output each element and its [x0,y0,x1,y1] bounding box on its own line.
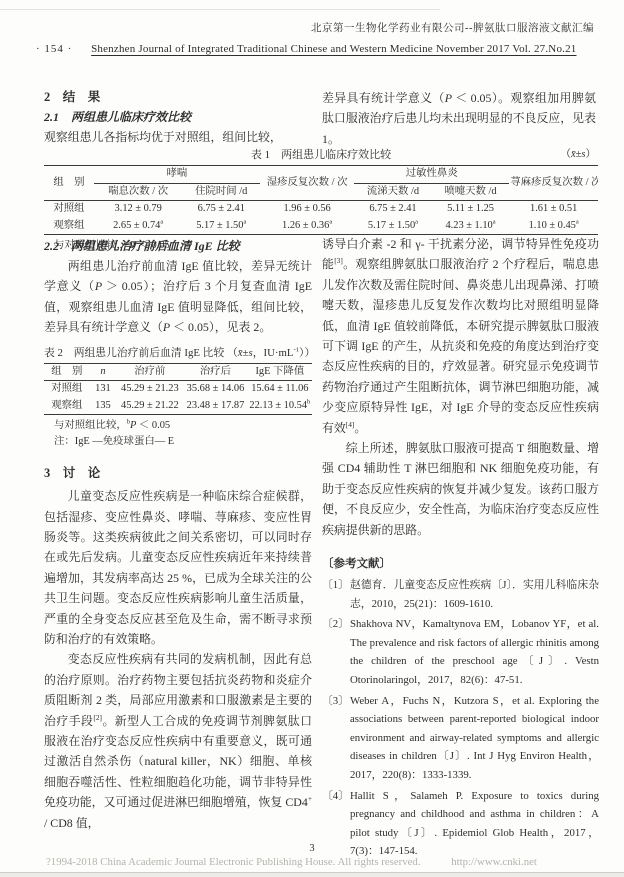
section-2-2-heading: 2.2 两组患儿治疗前后血清 IgE 比较 [44,237,312,254]
discussion-paragraph-2: 变态反应性疾病有共同的发病机制，因此有总的治疗原则。治疗药物主要包括抗炎药物和炎… [44,649,312,833]
table-cell: 4.23 ± 1.10a [432,218,510,235]
reference-number: 〔3〕 [322,692,350,785]
table-cell: 1.96 ± 0.56 [260,201,354,218]
table-cell: 6.75 ± 2.41 [354,201,432,218]
reference-item: 〔3〕Weber A，Fuchs N，Kutzora S，et al. Expl… [322,692,599,785]
table2-stat-note: （x̄±s，IU·mL-1）） [227,347,315,359]
reference-text: Shakhova NV，Kamaltynova EM，Lobanov YF，et… [350,615,599,689]
table-row: 对照组13145.29 ± 21.2335.68 ± 14.0615.64 ± … [44,381,312,398]
table-cell: 23.48 ± 17.87 [183,398,247,415]
table2-col-n: n [90,363,117,381]
journal-page: 北京第一生物化学药业有限公司--脾氨肽口服溶液文献汇编 · 154 · Shen… [0,0,624,877]
table1-col-runny-days: 流涕天数 /d [354,183,432,201]
table-cell: 观察组 [44,218,94,235]
table1-header: 组 别 哮喘 湿疹反复次数 / 次 过敏性鼻炎 荨麻疹反复次数 / 次 喘息次数… [44,166,598,201]
table2-col-ige-drop: IgE 下降值 [248,363,312,381]
page-marker: · 154 · [36,43,72,55]
table1-col-sneeze-days: 喷嚏天数 /d [432,183,510,201]
references-list: 〔1〕赵德育．儿童变态反应性疾病〔J〕．实用儿科临床杂志，2010，25(21)… [322,576,599,861]
table-cell: 6.75 ± 2.41 [182,201,260,218]
section-2-heading: 2 结 果 [44,88,312,108]
table1-caption-text: 表 1 两组患儿临床疗效比较 [251,149,391,161]
table1-caption: 表 1 两组患儿临床疗效比较 （x̄±s） [44,146,598,162]
table-cell: 1.10 ± 0.45a [509,218,598,235]
compilation-header: 北京第一生物化学药业有限公司--脾氨肽口服溶液文献汇编 [0,20,594,35]
table2-footnote-1: 与对照组比较，bP ＜ 0.05 [44,418,312,434]
journal-header: · 154 · Shenzhen Journal of Integrated T… [36,43,598,55]
right-column: 诱导白介素 -2 和 γ- 干扰素分泌，调节特异性免疫功能[3]。观察组脾氨肽口… [322,234,599,863]
reference-text: Weber A，Fuchs N，Kutzora S，et al. Explori… [350,692,599,785]
table-cell: 5.17 ± 1.50a [354,218,432,235]
table-cell: 对照组 [44,201,94,218]
journal-title: Shenzhen Journal of Integrated Tradition… [91,43,576,55]
table-cell: 22.13 ± 10.54b [248,398,312,415]
table-cell: 观察组 [44,398,90,415]
table2-caption-text: 表 2 两组患儿治疗前后血清 IgE 比较 [44,347,224,359]
table-cell: 131 [90,381,117,398]
reference-text: 赵德育．儿童变态反应性疾病〔J〕．实用儿科临床杂志，2010，25(21)：16… [350,576,599,613]
results-left-text: 观察组患儿各指标均优于对照组，组间比较， [44,127,312,147]
reference-item: 〔2〕Shakhova NV，Kamaltynova EM，Lobanov YF… [322,615,599,689]
table2-body: 对照组13145.29 ± 21.2335.68 ± 14.0615.64 ± … [44,381,312,415]
table-cell: 3.12 ± 0.79 [94,201,183,218]
table-row: 观察组2.65 ± 0.74a5.17 ± 1.50a1.26 ± 0.36a5… [44,218,598,235]
page-number: 3 [0,843,624,854]
table1: 组 别 哮喘 湿疹反复次数 / 次 过敏性鼻炎 荨麻疹反复次数 / 次 喘息次数… [44,165,598,235]
references-heading: 〔参考文献〕 [322,555,599,571]
results-intro-left-column: 2 结 果 2.1 两组患儿临床疗效比较 观察组患儿各指标均优于对照组，组间比较… [44,88,312,147]
left-column: 2.2 两组患儿治疗前后血清 IgE 比较 两组患儿治疗前血清 IgE 值比较，… [44,237,312,833]
table-cell: 1.61 ± 0.51 [509,201,598,218]
copyright-line: ?1994-2018 China Academic Journal Electr… [46,856,604,868]
table-cell: 45.29 ± 21.22 [116,398,183,415]
table1-body: 对照组3.12 ± 0.796.75 ± 2.411.96 ± 0.566.75… [44,201,598,235]
reference-number: 〔2〕 [322,615,350,689]
cnki-url: http://www.cnki.net [451,856,537,868]
page-top-edge [0,9,440,10]
table2: 组 别 n 治疗前 治疗后 IgE 下降值 对照组13145.29 ± 21.2… [44,363,312,416]
copyright-text: ?1994-2018 China Academic Journal Electr… [46,856,421,868]
table1-col-eczema: 湿疹反复次数 / 次 [260,166,354,201]
table2-caption: 表 2 两组患儿治疗前后血清 IgE 比较 （x̄±s，IU·mL-1）） [44,345,312,360]
results-intro-right-column: 差异具有统计学意义（P ＜ 0.05）。观察组加用脾氨肽口服液治疗后患儿均未出现… [322,88,596,149]
table-cell: 5.11 ± 1.25 [432,201,510,218]
table1-col-group: 组 别 [44,166,94,201]
table2-col-group: 组 别 [44,363,90,381]
discussion-paragraph-1: 儿童变态反应性疾病是一种临床综合症候群，包括湿疹、变应性鼻炎、哮喘、荨麻疹、变应… [44,486,312,649]
table-cell: 5.17 ± 1.50a [182,218,260,235]
table2-footnote-2: 注：IgE —免疫球蛋白— E [44,434,312,450]
table1-stat-note: （x̄±s） [560,146,596,161]
reference-item: 〔1〕赵德育．儿童变态反应性疾病〔J〕．实用儿科临床杂志，2010，25(21)… [322,576,599,613]
table-row: 对照组3.12 ± 0.796.75 ± 2.411.96 ± 0.566.75… [44,201,598,218]
table-cell: 15.64 ± 11.06 [248,381,312,398]
section-2-2-text: 两组患儿治疗前血清 IgE 值比较，差异无统计学意义（P ＞ 0.05）；治疗后… [44,256,312,338]
section-3-heading: 3 讨 论 [44,463,312,481]
table2-col-before: 治疗前 [116,363,183,381]
reference-number: 〔1〕 [322,576,350,613]
results-right-text: 差异具有统计学意义（P ＜ 0.05）。观察组加用脾氨肽口服液治疗后患儿均未出现… [322,88,596,149]
discussion-paragraph-4: 综上所述，脾氨肽口服液可提高 T 细胞数量、增强 CD4 辅助性 T 淋巴细胞和… [322,438,599,540]
table2-header: 组 别 n 治疗前 治疗后 IgE 下降值 [44,363,312,381]
discussion-paragraph-3: 诱导白介素 -2 和 γ- 干扰素分泌，调节特异性免疫功能[3]。观察组脾氨肽口… [322,234,599,438]
table1-col-wheeze: 喘息次数 / 次 [94,183,183,201]
table-row: 观察组13545.29 ± 21.2223.48 ± 17.8722.13 ± … [44,398,312,415]
table-cell: 2.65 ± 0.74a [94,218,183,235]
table1-col-asthma: 哮喘 [94,166,260,184]
table-cell: 对照组 [44,381,90,398]
table1-col-hospital-days: 住院时间 /d [182,183,260,201]
table-cell: 135 [90,398,117,415]
table2-col-after: 治疗后 [183,363,247,381]
table1-col-urticaria: 荨麻疹反复次数 / 次 [509,166,598,201]
table-cell: 1.26 ± 0.36a [260,218,354,235]
page-bottom-edge [0,872,624,877]
table1-col-rhinitis: 过敏性鼻炎 [354,166,509,184]
table-cell: 45.29 ± 21.23 [116,381,183,398]
section-2-1-heading: 2.1 两组患儿临床疗效比较 [44,108,312,128]
table-cell: 35.68 ± 14.06 [183,381,247,398]
